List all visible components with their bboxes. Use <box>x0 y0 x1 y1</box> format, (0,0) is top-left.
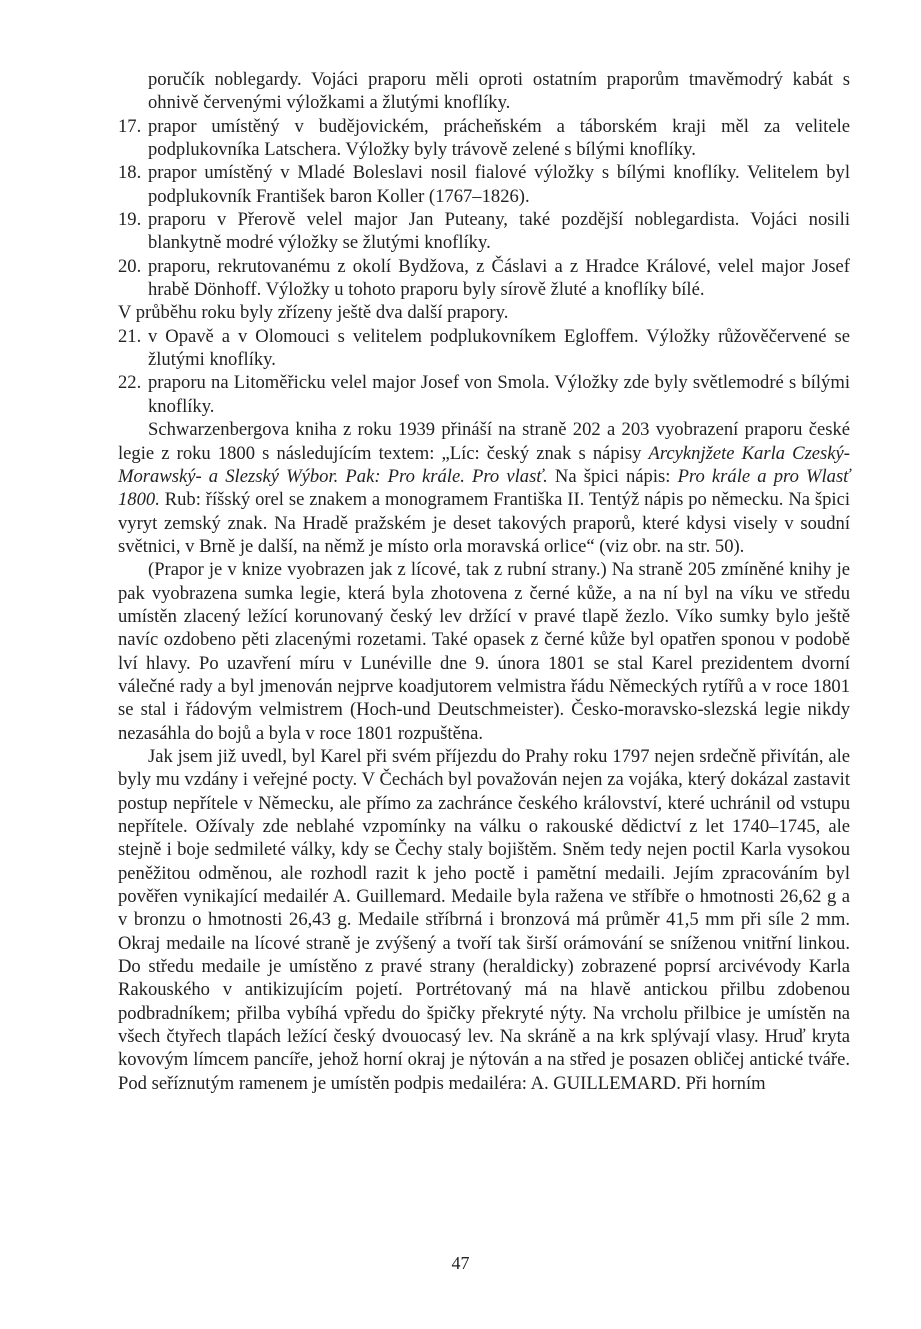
item-number: 19. <box>118 208 148 255</box>
list-item-21: 21. v Opavě a v Olomouci s velitelem pod… <box>118 325 850 372</box>
item-number: 18. <box>118 161 148 208</box>
item-text: praporu na Litoměřicku velel major Josef… <box>148 371 850 418</box>
list-item-22: 22. praporu na Litoměřicku velel major J… <box>118 371 850 418</box>
item-number: 20. <box>118 255 148 302</box>
item-text: prapor umístěný v budějovickém, prácheňs… <box>148 115 850 162</box>
list-item-20: 20. praporu, rekrutovanému z okolí Bydžo… <box>118 255 850 302</box>
page-body: poručík noblegardy. Vojáci praporu měli … <box>118 68 850 1095</box>
item-text: v Opavě a v Olomouci s velitelem podpluk… <box>148 325 850 372</box>
item-number: 22. <box>118 371 148 418</box>
paragraph-medal: Jak jsem již uvedl, byl Karel při svém p… <box>118 745 850 1095</box>
item-number: 17. <box>118 115 148 162</box>
page-number: 47 <box>0 1253 921 1274</box>
list-item-19: 19. praporu v Přerově velel major Jan Pu… <box>118 208 850 255</box>
text-run: Na špici nápis: <box>548 466 678 487</box>
item-text: praporu v Přerově velel major Jan Putean… <box>148 208 850 255</box>
item-number: 21. <box>118 325 148 372</box>
continuation-text: poručík noblegardy. Vojáci praporu měli … <box>118 68 850 115</box>
paragraph-banner-description: Schwarzenbergova kniha z roku 1939 přiná… <box>118 418 850 558</box>
list-item-17: 17. prapor umístěný v budějovickém, prác… <box>118 115 850 162</box>
interlude-text: V průběhu roku byly zřízeny ještě dva da… <box>118 301 850 324</box>
item-text: prapor umístěný v Mladé Boleslavi nosil … <box>148 161 850 208</box>
list-item-18: 18. prapor umístěný v Mladé Boleslavi no… <box>118 161 850 208</box>
item-text: praporu, rekrutovanému z okolí Bydžova, … <box>148 255 850 302</box>
paragraph-legion-pouch: (Prapor je v knize vyobrazen jak z lícov… <box>118 558 850 745</box>
text-run: Rub: říšský orel se znakem a monogramem … <box>118 489 850 557</box>
